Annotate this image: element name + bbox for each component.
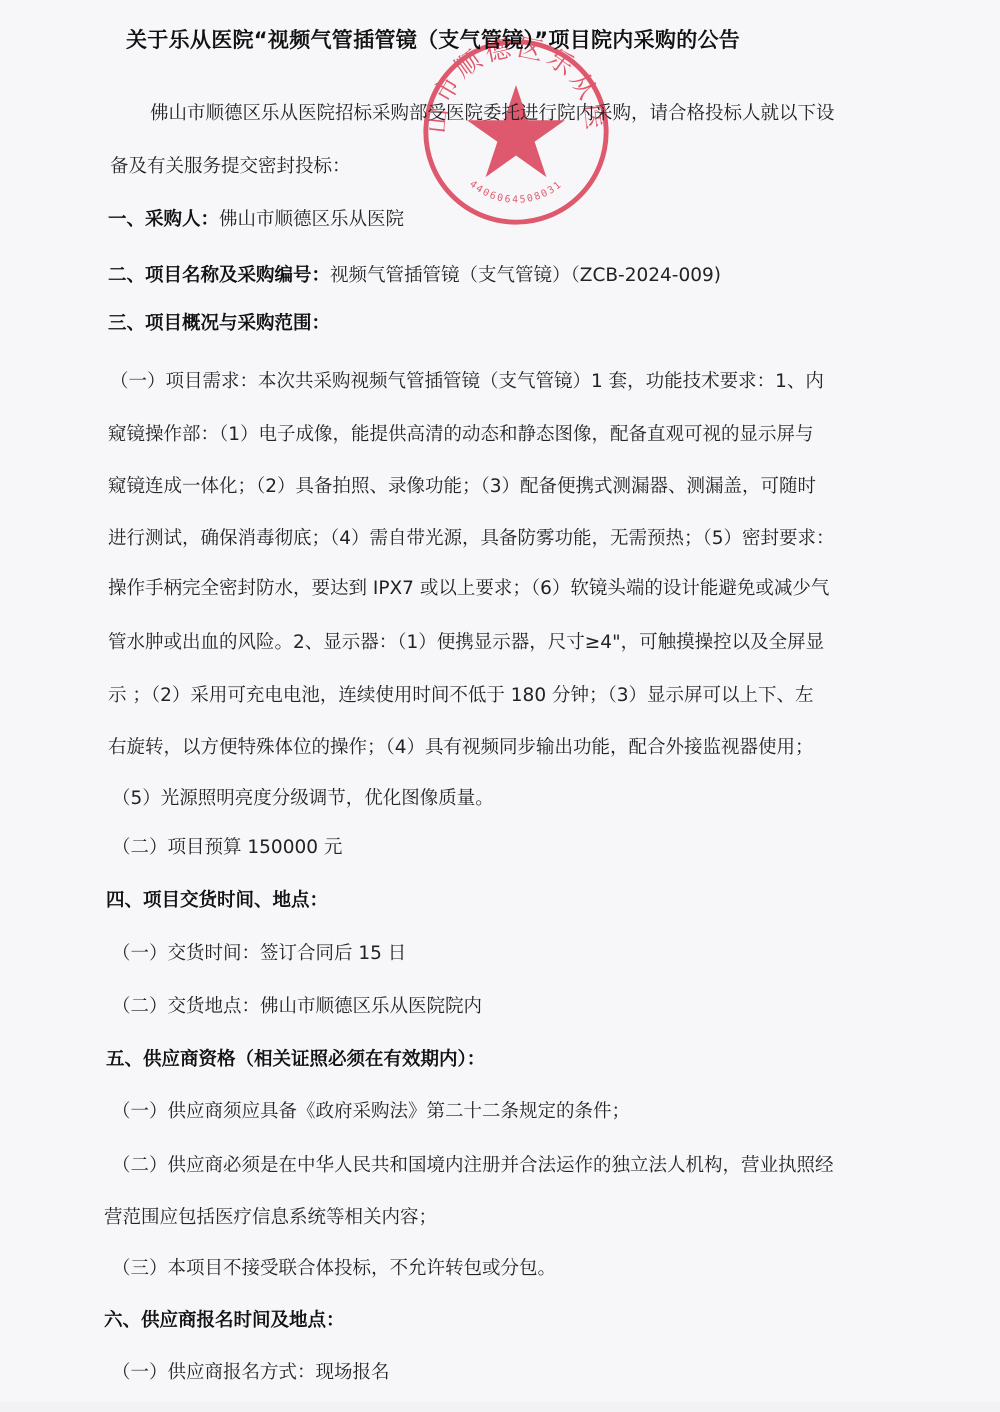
requirement-line: 右旋转，以方便特殊体位的操作；（4）具有视频同步输出功能，配合外接监视器使用；: [108, 735, 814, 761]
section-heading: 四、项目交货时间、地点：: [106, 890, 328, 911]
section-heading: 一、采购人：: [108, 209, 219, 230]
section-heading: 三、项目概况与采购范围：: [108, 313, 330, 334]
section-overview: 三、项目概况与采购范围：: [108, 311, 330, 337]
requirement-line: 管水肿或出血的风险。2、显示器：（1）便携显示器，尺寸≥4"，可触摸操控以及全屏…: [108, 630, 824, 656]
section-heading: 二、项目名称及采购编号：: [108, 265, 330, 286]
star-seal-icon: 佛山市顺德区乐从医院 4406064508031: [418, 34, 614, 230]
section-purchaser: 一、采购人：佛山市顺德区乐从医院: [108, 207, 404, 233]
requirement-line: （5）光源照明亮度分级调节，优化图像质量。: [112, 786, 494, 812]
requirement-line: 示 ；（2）采用可充电电池，连续使用时间不低于 180 分钟；（3）显示屏可以上…: [108, 683, 814, 709]
section-heading: 六、供应商报名时间及地点：: [104, 1310, 345, 1331]
document-page: 关于乐从医院“视频气管插管镜（支气管镜）”项目院内采购的公告 佛山市顺德区乐从医…: [0, 0, 1000, 1402]
project-name-value: 视频气管插管镜（支气管镜）（ZCB-2024-009): [330, 265, 721, 286]
intro-line-1: 佛山市顺德区乐从医院招标采购部受医院委托进行院内采购，请合格投标人就以下设: [150, 101, 835, 127]
qualification-line: 营范围应包括医疗信息系统等相关内容；: [104, 1205, 437, 1231]
svg-text:4406064508031: 4406064508031: [467, 179, 565, 206]
intro-line-2: 备及有关服务提交密封投标：: [110, 154, 351, 180]
requirement-line: 操作手柄完全密封防水，要达到 IPX7 或以上要求；（6）软镜头端的设计能避免或…: [108, 576, 829, 602]
qualification-line: （一）供应商须应具备《政府采购法》第二十二条规定的条件；: [112, 1099, 630, 1125]
delivery-time-line: （一）交货时间：签订合同后 15 日: [112, 941, 406, 967]
requirement-line: 窥镜操作部：（1）电子成像，能提供高清的动态和静态图像，配备直观可视的显示屏与: [108, 422, 814, 448]
page-bottom-edge: [0, 1402, 1000, 1412]
requirement-line: （一）项目需求：本次共采购视频气管插管镜（支气管镜）1 套，功能技术要求：1、内: [110, 369, 824, 395]
registration-line: （一）供应商报名方式：现场报名: [112, 1360, 390, 1386]
requirement-line: 进行测试，确保消毒彻底；（4）需自带光源，具备防雾功能，无需预热；（5）密封要求…: [108, 526, 835, 552]
purchaser-value: 佛山市顺德区乐从医院: [219, 209, 404, 230]
section-heading: 五、供应商资格（相关证照必须在有效期内）：: [106, 1049, 485, 1070]
section-project-name: 二、项目名称及采购编号：视频气管插管镜（支气管镜）（ZCB-2024-009): [108, 263, 721, 289]
delivery-place-line: （二）交货地点：佛山市顺德区乐从医院院内: [112, 994, 482, 1020]
section-delivery: 四、项目交货时间、地点：: [106, 888, 328, 914]
budget-line: （二）项目预算 150000 元: [112, 835, 342, 861]
section-qualification: 五、供应商资格（相关证照必须在有效期内）：: [106, 1047, 485, 1073]
section-registration: 六、供应商报名时间及地点：: [104, 1308, 345, 1334]
document-title: 关于乐从医院“视频气管插管镜（支气管镜）”项目院内采购的公告: [126, 24, 906, 54]
qualification-line: （二）供应商必须是在中华人民共和国境内注册并合法运作的独立法人机构，营业执照经: [112, 1153, 834, 1179]
requirement-line: 窥镜连成一体化；（2）具备拍照、录像功能；（3）配备便携式测漏器、测漏盖，可随时: [108, 474, 816, 500]
qualification-line: （三）本项目不接受联合体投标，不允许转包或分包。: [112, 1256, 556, 1282]
